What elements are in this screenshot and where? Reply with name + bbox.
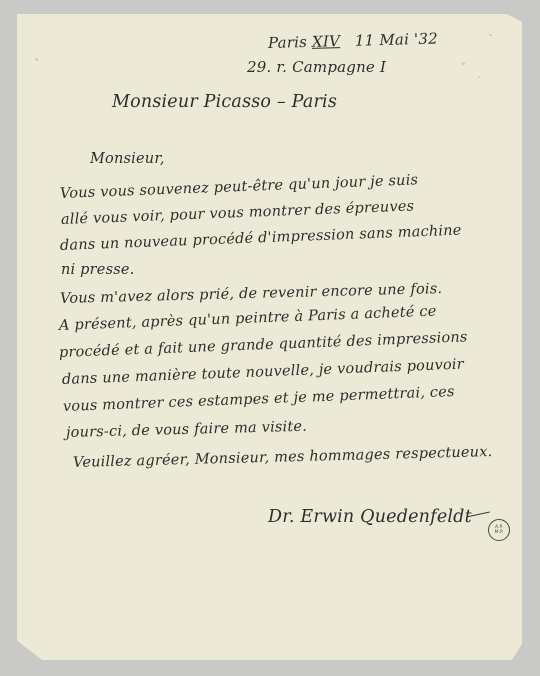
letter-recipient: Monsieur Picasso – Paris [112,92,337,112]
paper-spot [478,76,480,78]
paper-spot [462,62,465,65]
body-line: ni presse. [61,262,134,278]
paper-spot [489,34,492,36]
collection-stamp-icon: A.P. M.P. [488,519,510,541]
date: 11 Mai '32 [355,30,438,50]
letter-address: 29. r. Campagne I [247,58,386,76]
stamp-line: M.P. [495,530,504,535]
place: Paris [268,33,307,52]
letter-signature: Dr. Erwin Quedenfeldt [268,507,472,527]
arrondissement: XIV [312,32,341,51]
letter-salutation: Monsieur, [90,151,165,167]
paper-spot [35,58,38,61]
